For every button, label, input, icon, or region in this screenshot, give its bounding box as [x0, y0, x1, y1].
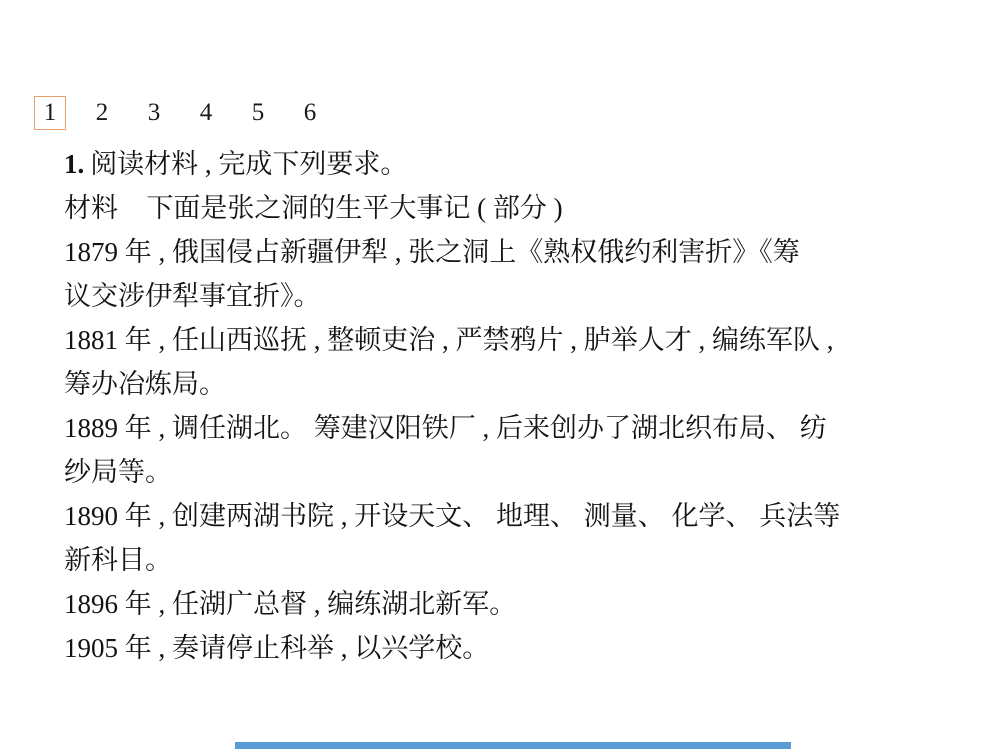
timeline-line-1881a: 1881 年 , 任山西巡抚 , 整顿吏治 , 严禁鸦片 , 胪举人才 , 编练…: [64, 318, 954, 362]
footer-accent-bar: [235, 742, 791, 749]
timeline-line-1881b: 筹办冶炼局。: [64, 362, 954, 406]
pagination-item-4[interactable]: 4: [190, 96, 222, 130]
pagination-item-5[interactable]: 5: [242, 96, 274, 130]
material-line: 材料下面是张之洞的生平大事记 ( 部分 ): [64, 186, 954, 230]
material-title: 下面是张之洞的生平大事记 ( 部分 ): [146, 193, 562, 223]
pagination-item-3[interactable]: 3: [138, 96, 170, 130]
question-intro: 阅读材料 , 完成下列要求。: [90, 149, 407, 179]
timeline-line-1889a: 1889 年 , 调任湖北。 筹建汉阳铁厂 , 后来创办了湖北织布局、 纺: [64, 406, 954, 450]
question-content: 1.阅读材料 , 完成下列要求。 材料下面是张之洞的生平大事记 ( 部分 ) 1…: [64, 142, 954, 670]
pagination-item-6[interactable]: 6: [294, 96, 326, 130]
timeline-line-1889b: 纱局等。: [64, 450, 954, 494]
timeline-line-1905: 1905 年 , 奏请停止科举 , 以兴学校。: [64, 626, 954, 670]
timeline-line-1879a: 1879 年 , 俄国侵占新疆伊犁 , 张之洞上《熟权俄约利害折》《筹: [64, 230, 954, 274]
timeline-line-1890a: 1890 年 , 创建两湖书院 , 开设天文、 地理、 测量、 化学、 兵法等: [64, 494, 954, 538]
question-intro-line: 1.阅读材料 , 完成下列要求。: [64, 142, 954, 186]
material-label: 材料: [64, 193, 118, 223]
timeline-line-1879b: 议交涉伊犁事宜折》。: [64, 274, 954, 318]
pagination-item-2[interactable]: 2: [86, 96, 118, 130]
timeline-line-1896: 1896 年 , 任湖广总督 , 编练湖北新军。: [64, 582, 954, 626]
pagination-item-1[interactable]: 1: [34, 96, 66, 130]
pagination: 1 2 3 4 5 6: [34, 96, 346, 130]
timeline-line-1890b: 新科目。: [64, 538, 954, 582]
question-number: 1.: [64, 149, 84, 179]
